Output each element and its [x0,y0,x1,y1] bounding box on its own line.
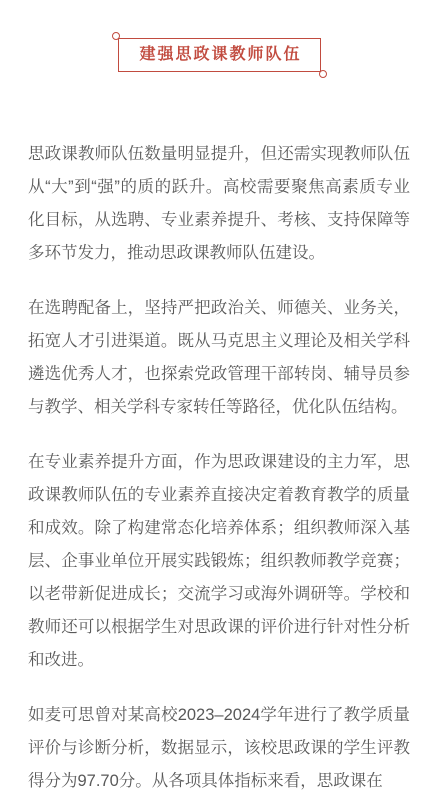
section-header: 建强思政课教师队伍 [0,0,439,72]
paragraph: 在选聘配备上，坚持严把政治关、师德关、业务关，拓宽人才引进渠道。既从马克思主义理… [28,292,410,424]
badge-corner-dot-bottom-right-icon [319,70,327,78]
article-body: 思政课教师队伍数量明显提升，但还需实现教师队伍从“大”到“强”的质的跃升。高校需… [0,138,439,798]
article-page: 建强思政课教师队伍 思政课教师队伍数量明显提升，但还需实现教师队伍从“大”到“强… [0,0,439,800]
badge-corner-dot-top-left-icon [112,32,120,40]
paragraph: 思政课教师队伍数量明显提升，但还需实现教师队伍从“大”到“强”的质的跃升。高校需… [28,138,410,270]
section-title: 建强思政课教师队伍 [139,46,301,63]
paragraph: 如麦可思曾对某高校2023–2024学年进行了教学质量评价与诊断分析，数据显示，… [28,699,410,798]
paragraph: 在专业素养提升方面，作为思政课建设的主力军，思政课教师队伍的专业素养直接决定着教… [28,446,410,677]
section-title-badge: 建强思政课教师队伍 [118,38,320,72]
